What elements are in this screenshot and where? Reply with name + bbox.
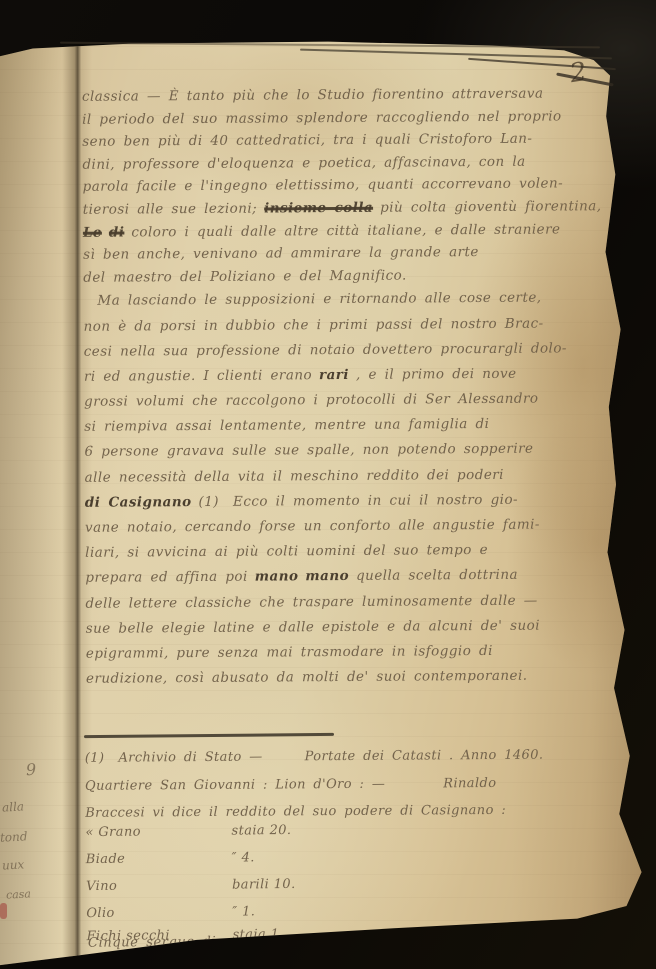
gutter-fragment: casa: [6, 887, 32, 901]
manuscript-line: 6 persone gravava sulle sue spalle, non …: [84, 437, 599, 466]
paragraph-1: classica — È tanto più che lo Studio fio…: [82, 82, 598, 289]
struck-word: Le: [83, 224, 102, 240]
footnote-marker: (1): [85, 751, 105, 766]
paragraph-2: Ma lasciando le supposizioni e ritornand…: [83, 286, 601, 693]
footnote-rule: [84, 733, 334, 738]
footnote-final-line: Cinque serque di uova e un paio di cappo…: [88, 928, 428, 956]
footnote-line: (1)Archivio di Stato —Portate dei Catast…: [85, 741, 605, 772]
manuscript-line: vane notaio, cercando forse un conforto …: [85, 512, 600, 541]
manuscript-line: epigrammi, pure senza mai trasmodare in …: [86, 638, 601, 667]
inserted-word: rari: [319, 367, 349, 383]
manuscript-line: tierosi alle sue lezioni;insieme collapi…: [83, 195, 598, 221]
footnote: (1)Archivio di Stato —Portate dei Catast…: [85, 741, 606, 827]
item-quantity: staia 20.: [231, 817, 291, 845]
manuscript-line: alle necessità della vita il meschino re…: [85, 462, 600, 491]
manuscript-line: prepara ed affina poimanomanoquella scel…: [85, 563, 600, 592]
table-row: Olio″ 1.: [86, 898, 296, 927]
page-edge-red-mark: [0, 903, 7, 919]
footnote-line: Quartiere San Giovanni : Lion d'Oro : —R…: [85, 769, 605, 800]
manuscript-body: classica — È tanto più che lo Studio fio…: [82, 82, 601, 692]
manuscript-line: si riempiva assai lentamente, mentre una…: [84, 411, 599, 440]
manuscript-page: 2 classica — È tanto più che lo Studio f…: [0, 0, 656, 969]
manuscript-line: di Casignano(1)Ecco il momento in cui il…: [85, 487, 600, 516]
table-row: Biade″ 4.: [86, 844, 296, 873]
gutter-fragment: 9: [26, 760, 37, 780]
struck-word: insieme colla: [264, 200, 373, 217]
manuscript-line: non è da porsi in dubbio che i primi pas…: [83, 311, 598, 340]
manuscript-line: ri ed angustie. I clienti eranorari, e i…: [84, 361, 599, 390]
table-row: « Granostaia 20.: [85, 817, 295, 846]
manuscript-line: erudizione, così abusato da molti de' su…: [86, 663, 601, 692]
inserted-word: mano: [255, 569, 299, 585]
manuscript-line: liari, si avvicina ai più colti uomini d…: [85, 537, 600, 566]
manuscript-line: seno ben più di 40 cattedratici, tra i q…: [82, 127, 597, 153]
photo-background: 2 classica — È tanto più che lo Studio f…: [0, 0, 656, 969]
manuscript-line: Ma lasciando le supposizioni e ritornand…: [83, 286, 598, 315]
item-label: Biade: [86, 845, 232, 874]
struck-word: di: [109, 224, 125, 240]
manuscript-line: grossi volumi che raccolgono i protocoll…: [84, 386, 599, 415]
manuscript-line: Ledicoloro i quali dalle altre città ita…: [83, 218, 598, 244]
manuscript-line: classica — È tanto più che lo Studio fio…: [82, 82, 597, 108]
footnote-table: « Granostaia 20. Biade″ 4. Vinobarili 10…: [85, 817, 296, 947]
item-label: « Grano: [85, 818, 231, 847]
manuscript-line: delle lettere classiche che traspare lum…: [85, 588, 600, 617]
manuscript-line: cesi nella sua professione di notaio dov…: [84, 336, 599, 365]
gutter-fragment: alla: [2, 799, 25, 814]
inserted-word: di Casignano: [85, 494, 192, 511]
item-quantity: ″ 4.: [232, 844, 255, 871]
item-label: Olio: [86, 899, 232, 928]
item-quantity: ″ 1.: [232, 898, 255, 925]
gutter-fragment: tond: [0, 829, 28, 844]
gutter-fragment: uux: [2, 857, 25, 872]
table-row: Vinobarili 10.: [86, 871, 296, 900]
inserted-word: mano: [305, 568, 349, 584]
manuscript-line: sue belle elegie latine e dalle epistole…: [86, 613, 601, 642]
item-quantity: barili 10.: [232, 871, 296, 899]
item-label: Vino: [86, 872, 232, 901]
